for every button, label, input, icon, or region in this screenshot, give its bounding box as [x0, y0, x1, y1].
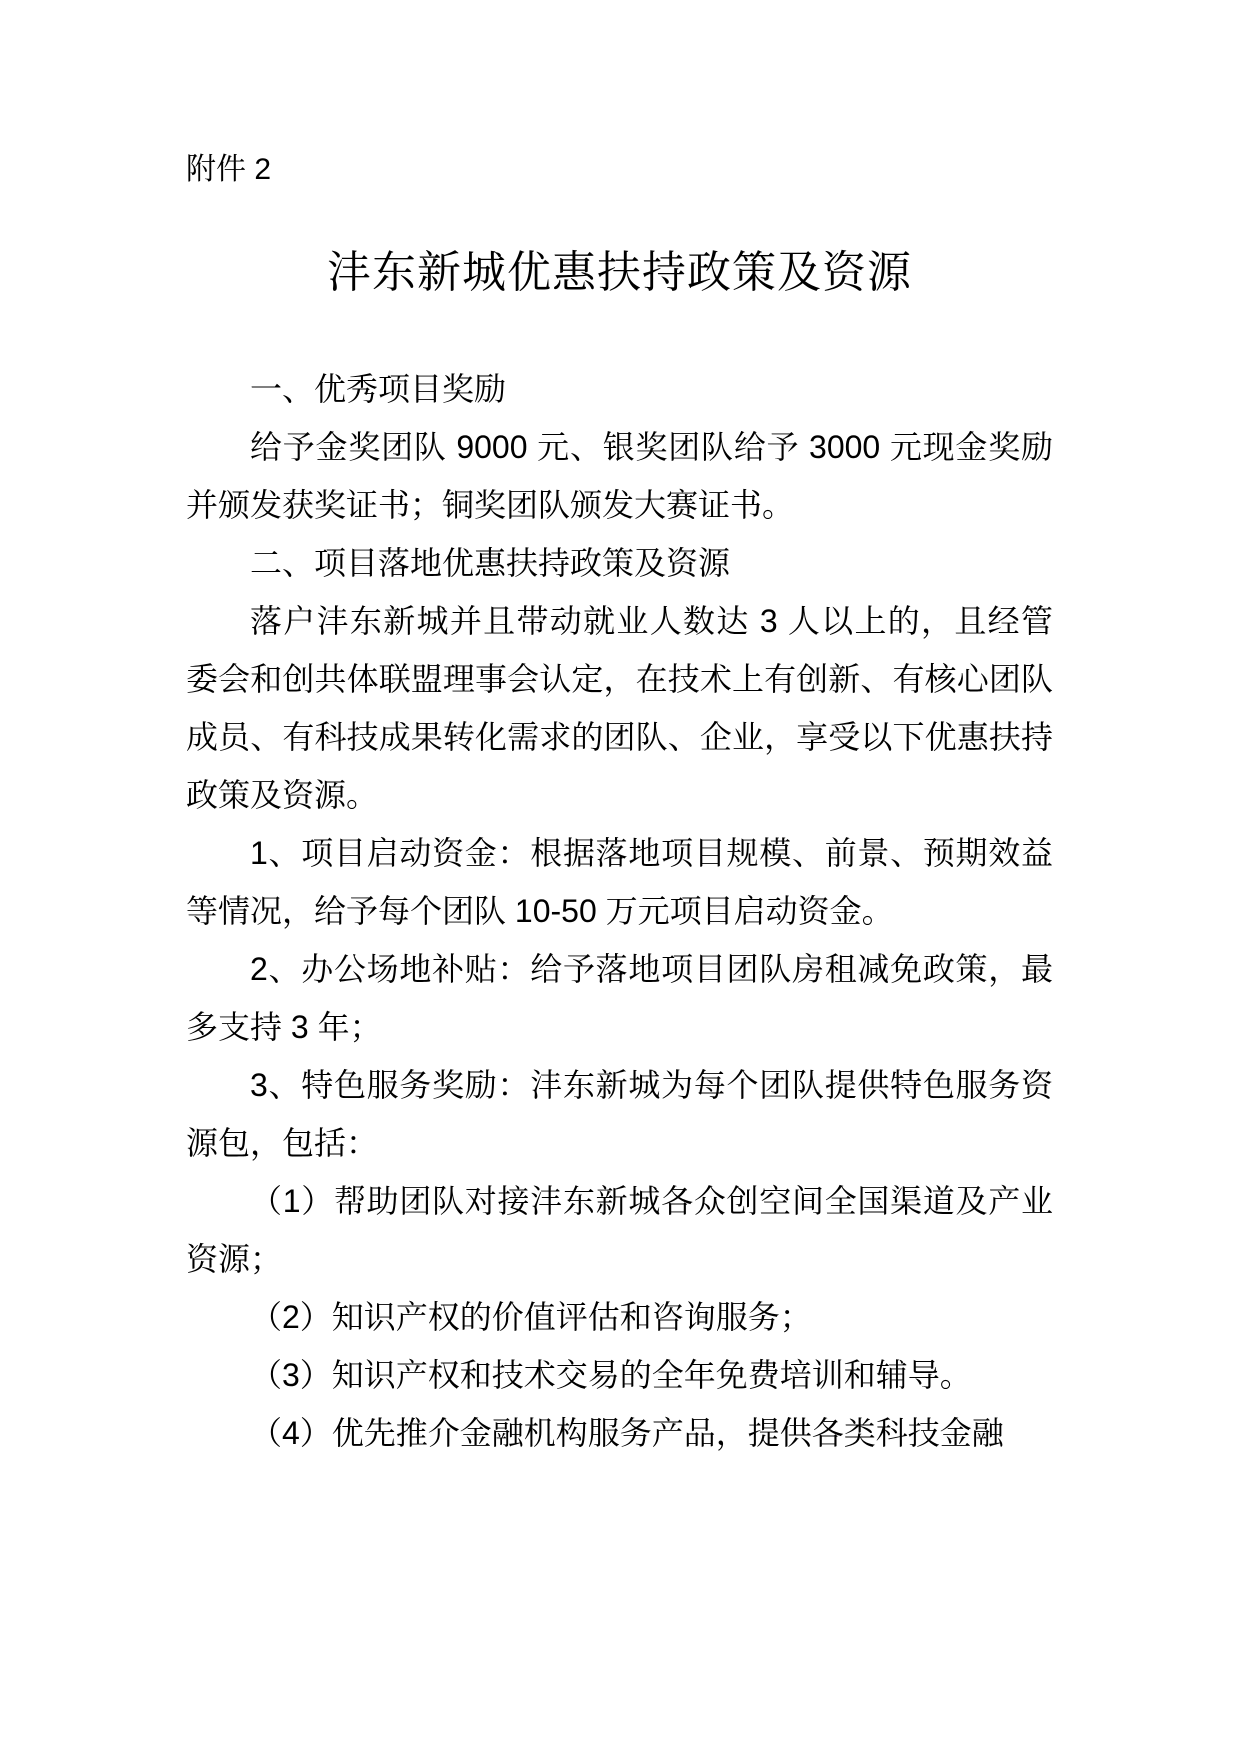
paragraph: （4）优先推介金融机构服务产品，提供各类科技金融 — [186, 1404, 1053, 1462]
attachment-label: 附件 2 — [186, 148, 1053, 192]
paragraph: 落户沣东新城并且带动就业人数达 3 人以上的，且经管委会和创共体联盟理事会认定，… — [186, 592, 1053, 824]
paragraph: 2、办公场地补贴：给予落地项目团队房租减免政策，最多支持 3 年； — [186, 940, 1053, 1056]
paragraph: （2）知识产权的价值评估和咨询服务； — [186, 1288, 1053, 1346]
document-title: 沣东新城优惠扶持政策及资源 — [186, 242, 1053, 304]
section-heading: 一、优秀项目奖励 — [186, 360, 1053, 418]
paragraph: 1、项目启动资金：根据落地项目规模、前景、预期效益等情况，给予每个团队 10-5… — [186, 824, 1053, 940]
paragraph: 3、特色服务奖励：沣东新城为每个团队提供特色服务资源包，包括： — [186, 1056, 1053, 1172]
section-heading: 二、项目落地优惠扶持政策及资源 — [186, 534, 1053, 592]
paragraph: （3）知识产权和技术交易的全年免费培训和辅导。 — [186, 1346, 1053, 1404]
paragraph: （1）帮助团队对接沣东新城各众创空间全国渠道及产业资源； — [186, 1172, 1053, 1288]
document-body: 一、优秀项目奖励给予金奖团队 9000 元、银奖团队给予 3000 元现金奖励并… — [186, 360, 1053, 1462]
paragraph: 给予金奖团队 9000 元、银奖团队给予 3000 元现金奖励并颁发获奖证书；铜… — [186, 418, 1053, 534]
document-page: 附件 2 沣东新城优惠扶持政策及资源 一、优秀项目奖励给予金奖团队 9000 元… — [0, 0, 1241, 1754]
